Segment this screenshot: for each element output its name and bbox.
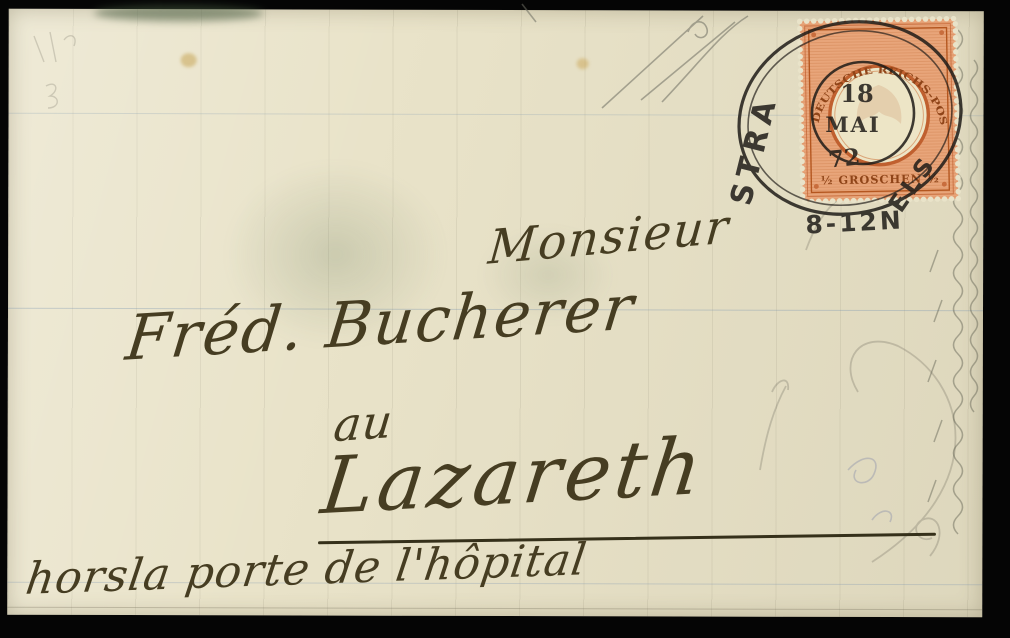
postmark-time: 8-12N bbox=[805, 205, 905, 239]
postmark-town-left: STRA bbox=[724, 91, 785, 209]
postmark: STRA ELS 18 MAI 72 8-12N bbox=[695, 0, 1010, 250]
postmark-day: 18 bbox=[840, 79, 873, 108]
address-destination: Lazareth bbox=[317, 428, 709, 527]
ruled-line bbox=[7, 607, 982, 611]
photo-background: Monsieur Fréd. Bucherer au Lazareth hors… bbox=[0, 0, 1010, 638]
postmark-year: 72 bbox=[827, 143, 862, 173]
foxing-spot bbox=[181, 53, 197, 67]
ink-smudge bbox=[94, 5, 264, 21]
foxing-spot bbox=[577, 58, 589, 69]
postmark-month: MAI bbox=[825, 112, 880, 137]
